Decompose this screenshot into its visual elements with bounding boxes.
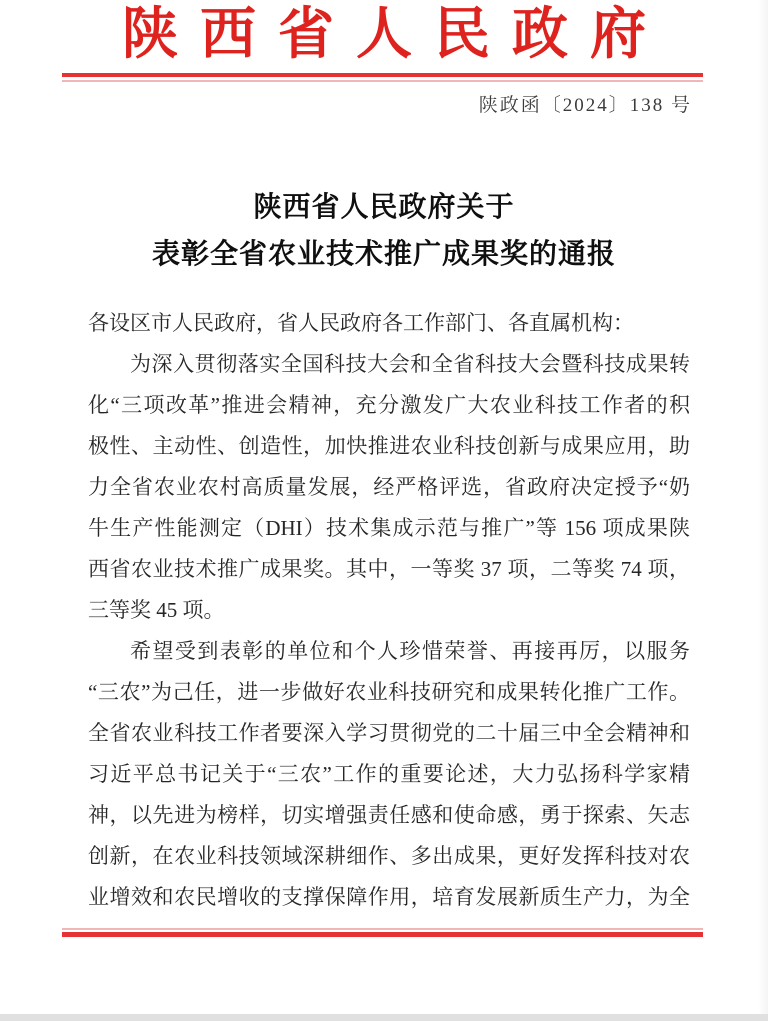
body-line: 希望受到表彰的单位和个人珍惜荣誉、再接再厉，以服务 [88, 631, 690, 672]
body-line: 西省农业技术推广成果奖。其中，一等奖 37 项，二等奖 74 项， [88, 549, 690, 590]
body-line: 为深入贯彻落实全国科技大会和全省科技大会暨科技成果转 [88, 344, 690, 385]
body-line: 牛生产性能测定（DHI）技术集成示范与推广”等 156 项成果陕 [88, 508, 690, 549]
body-line: 力全省农业农村高质量发展，经严格评选，省政府决定授予“奶 [88, 467, 690, 508]
document-number: 陕政函〔2024〕138 号 [479, 94, 692, 118]
salutation-line: 各设区市人民政府，省人民政府各工作部门、各直属机构： [88, 303, 690, 344]
letterhead-divider-thin-line [62, 80, 703, 82]
document-page: 陕西省人民政府 陕政函〔2024〕138 号 陕西省人民政府关于 表彰全省农业技… [0, 0, 768, 1021]
body-line: 全省农业科技工作者要深入学习贯彻党的二十届三中全会精神和 [88, 713, 690, 754]
letterhead-divider [62, 73, 703, 82]
body-line: 习近平总书记关于“三农”工作的重要论述，大力弘扬科学家精 [88, 754, 690, 795]
footer-divider-thin-line [62, 928, 703, 930]
body-line: 创新，在农业科技领域深耕细作、多出成果，更好发挥科技对农 [88, 836, 690, 877]
body-line: 神，以先进为榜样，切实增强责任感和使命感，勇于探索、矢志 [88, 795, 690, 836]
body-line: 化“三项改革”推进会精神，充分激发广大农业科技工作者的积 [88, 385, 690, 426]
footer-divider [62, 928, 703, 937]
body-line: 极性、主动性、创造性，加快推进农业科技创新与成果应用，助 [88, 426, 690, 467]
document-body: 各设区市人民政府，省人民政府各工作部门、各直属机构： 为深入贯彻落实全国科技大会… [88, 303, 690, 918]
body-line: “三农”为己任，进一步做好农业科技研究和成果转化推广工作。 [88, 672, 690, 713]
document-title-line2: 表彰全省农业技术推广成果奖的通报 [0, 231, 768, 278]
letterhead-org-name: 陕西省人民政府 [0, 2, 768, 68]
footer-divider-thick-line [62, 932, 703, 937]
letterhead-divider-thick-line [62, 73, 703, 77]
page-edge-bar [0, 1014, 768, 1021]
document-title: 陕西省人民政府关于 表彰全省农业技术推广成果奖的通报 [0, 184, 768, 278]
body-line: 三等奖 45 项。 [88, 590, 690, 631]
page-right-shadow [758, 0, 768, 1014]
body-line: 业增效和农民增收的支撑保障作用，培育发展新质生产力，为全 [88, 877, 690, 918]
document-title-line1: 陕西省人民政府关于 [0, 184, 768, 231]
